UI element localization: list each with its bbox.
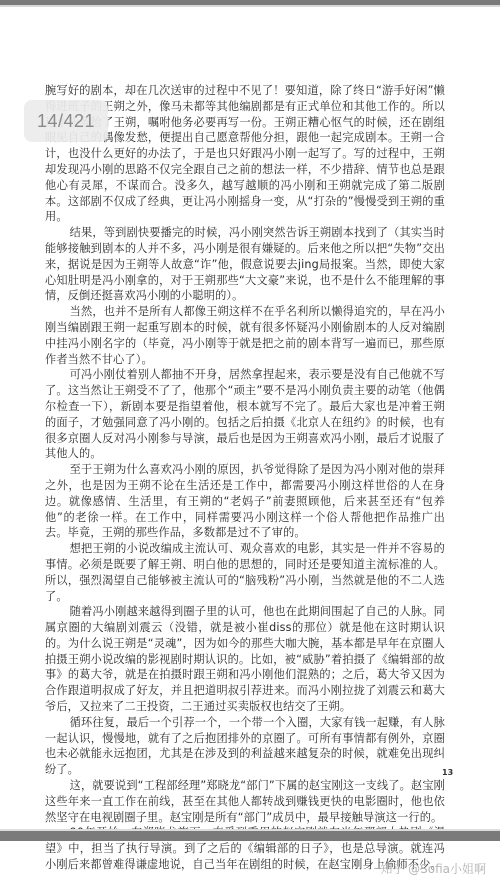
page-indicator-badge: 14/421: [24, 100, 108, 142]
bottom-toolbar-bar: [0, 831, 500, 841]
paragraph: 这，就要说到“工程部经理”郑晓龙“部门”下属的赵宝刚这一支线了。赵宝刚这些年来一…: [45, 778, 445, 825]
page-number: 13: [442, 768, 453, 777]
paragraph: 结果，等到剧快要播完的时候，冯小刚突然告诉王朔剧本找到了（其实当时能够接触到剧本…: [45, 225, 445, 304]
paragraph: 随着冯小刚越来越得到圈子里的认可，他也在此期间围起了自己的人脉。同属京圈的大编剧…: [45, 604, 445, 715]
paragraph: 至于王朔为什么喜欢冯小刚的原因，扒爷觉得除了是因为冯小刚对他的崇拜之外，也是因为…: [45, 462, 445, 541]
document-body: 腕写好的剧本，却在几次送审的过程中不见了！要知道，除了终日“游手好闲”懒得进班子…: [45, 83, 445, 873]
paragraph: 当然，也并不是所有人都像王朔这样不在乎名利所以懒得追究的，早在冯小刚当编剧跟王朔…: [45, 304, 445, 367]
paragraph: 循环往复，最后一个引荐一个，一个带一个入圈，大家有钱一起赚，有人脉一起认识，慢慢…: [45, 715, 445, 778]
paragraph: 想把王朔的小说改编成主流认可、观众喜欢的电影，其实是一件并不容易的事情。必须是既…: [45, 541, 445, 604]
watermark-text: 知乎 @Sofia小姐啊: [380, 860, 486, 877]
paragraph: 可冯小刚仗着别人都抽不开身，居然拿捏起来，表示要是没有自己他就不写了。这当然让王…: [45, 367, 445, 462]
